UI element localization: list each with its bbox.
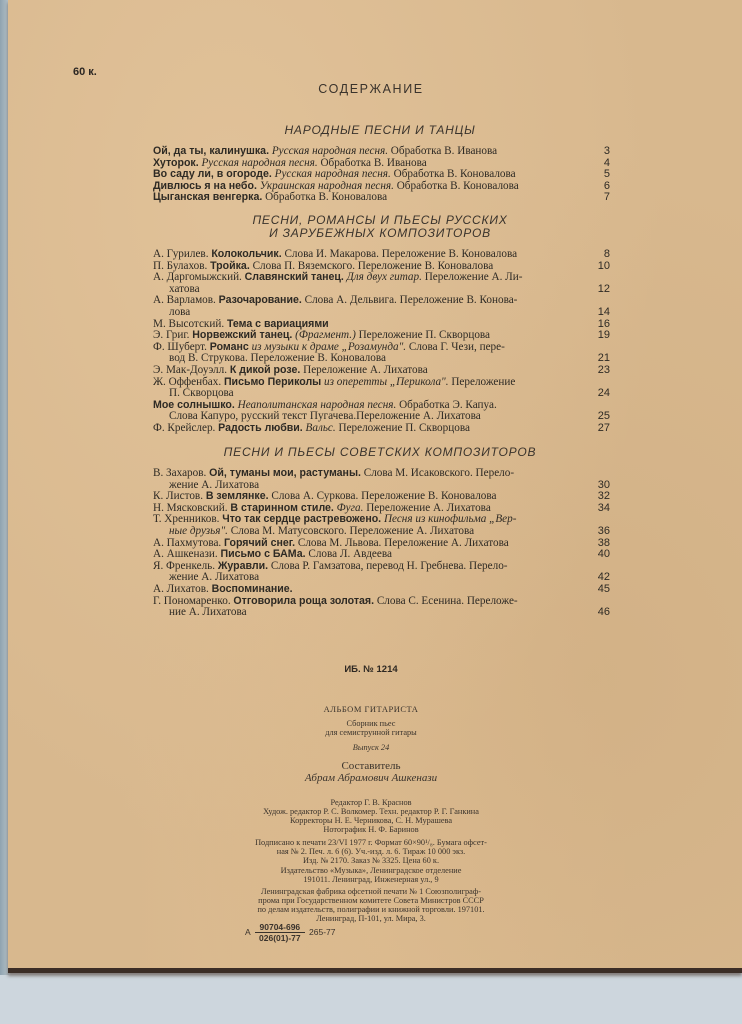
entry-page-number: 24 <box>588 388 610 400</box>
print-details-line-3: Изд. № 2170. Заказ № 3325. Цена 60 к. <box>0 856 742 866</box>
section-heading-folk: НАРОДНЫЕ ПЕСНИ И ТАНЦЫ <box>0 124 742 137</box>
entry-author: А. Пахмутова. <box>153 537 221 549</box>
entry-title: Романс <box>210 341 249 353</box>
entry-author: К. Листов. <box>153 490 203 502</box>
entry-title: Колокольчик. <box>211 248 281 260</box>
catalog-fraction: 90704-696 026(01)-77 <box>255 922 305 943</box>
compiler-name: Абрам Абрамович Ашкенази <box>0 772 742 784</box>
entry-author: А. Варламов. <box>153 294 216 306</box>
entry-credits: Слова М. Львова. Переложение А. Лихатова <box>298 537 509 549</box>
catalog-prefix: А <box>245 927 251 937</box>
book-title: АЛЬБОМ ГИТАРИСТА <box>0 705 742 715</box>
price-label: 60 к. <box>73 66 97 78</box>
entry-title: Норвежский танец. <box>192 329 292 341</box>
catalog-code: А 90704-696 026(01)-77 265-77 <box>245 922 335 943</box>
entry-author: А. Гурилев. <box>153 248 209 260</box>
toc-section-soviet: В. Захаров. Ой, туманы мои, растуманы. С… <box>153 468 610 619</box>
entry-subtitle: Украинская народная песня. <box>260 180 394 192</box>
toc-entry: Ж. Оффенбах. Письмо Периколы из оперетты… <box>153 377 610 400</box>
entry-page-number: 40 <box>588 549 610 561</box>
entry-title: Что так сердце растревожено. <box>222 513 381 525</box>
entry-credits: Слова И. Макарова. Переложение В. Конова… <box>284 248 517 260</box>
printer-line-4: Ленинград, П-101, ул. Мира, 3. <box>0 914 742 924</box>
toc-entry: Т. Хренников. Что так сердце растревожен… <box>153 514 610 537</box>
page-title: СОДЕРЖАНИЕ <box>0 82 742 96</box>
toc-entry: Г. Пономаренко. Отговорила роща золотая.… <box>153 596 610 619</box>
entry-title: Ой, туманы мои, растуманы. <box>209 467 361 479</box>
entry-author: Ф. Шуберт. <box>153 341 207 353</box>
entry-title: Воспоминание. <box>212 583 293 595</box>
catalog-denominator: 026(01)-77 <box>255 933 305 943</box>
entry-continuation-italic: ные друзья". <box>169 525 228 537</box>
entry-title: Цыганская венгерка. <box>153 191 262 203</box>
entry-title: В землянке. <box>206 490 269 502</box>
entry-page-number: 36 <box>588 526 610 538</box>
toc-entry: Ф. Шуберт. Романс из музыки к драме „Роз… <box>153 342 610 365</box>
entry-credits: Обработка В. Иванова <box>391 145 497 157</box>
entry-subtitle: (Фрагмент.) <box>295 329 356 341</box>
entry-page-number: 27 <box>588 423 610 435</box>
entry-page-number: 7 <box>588 192 610 204</box>
entry-credits: Переложение П. Скворцова <box>338 422 469 434</box>
entry-page-number: 10 <box>588 261 610 273</box>
entry-subtitle: Русская народная песня. <box>272 145 388 157</box>
entry-author: Я. Френкель. <box>153 560 215 572</box>
entry-subtitle: Фуга. <box>337 502 364 514</box>
entry-title: К дикой розе. <box>230 364 301 376</box>
entry-subtitle: Для двух гитар. <box>347 271 422 283</box>
entry-credits: Переложение А. Ли- <box>425 271 523 283</box>
entry-continuation-text: Слова М. Матусовского. Переложение А. Ли… <box>231 525 474 537</box>
entry-title: Журавли. <box>218 560 268 572</box>
entry-title: Во саду ли, в огороде. <box>153 168 272 180</box>
entry-author: Н. Мясковский. <box>153 502 228 514</box>
entry-credits: Слова Л. Авдеева <box>308 548 392 560</box>
entry-continuation-text: ние А. Лихатова <box>169 606 247 618</box>
entry-page-number: 12 <box>588 284 610 296</box>
toc-section-russian-foreign: А. Гурилев. Колокольчик. Слова И. Макаро… <box>153 249 610 435</box>
toc-entry: А. Даргомыжский. Славянский танец. Для д… <box>153 272 610 295</box>
entry-subtitle: Вальс. <box>306 422 336 434</box>
entry-credits: Переложение А. Лихатова <box>303 364 428 376</box>
publisher-line-2: 191011. Ленинград, Инженерная ул., 9 <box>0 875 742 885</box>
entry-credits: Переложение А. Лихатова <box>366 502 491 514</box>
entry-continuation-text: жение А. Лихатова <box>169 479 259 491</box>
entry-page-number: 3 <box>588 146 610 158</box>
entry-title: Письмо с БАМа. <box>220 548 305 560</box>
entry-title: Отговорила роща золотая. <box>233 595 374 607</box>
entry-author: Г. Пономаренко. <box>153 595 231 607</box>
entry-page-number: 46 <box>588 607 610 619</box>
entry-subtitle: Песня из кинофильма „Вер- <box>384 513 517 525</box>
entry-credits: Слова Р. Гамзатова, перевод Н. Гребнева.… <box>271 560 508 572</box>
entry-title: Дивлюсь я на небо. <box>153 180 257 192</box>
entry-continuation-text: Слова Капуро, русский текст Пугачева.Пер… <box>169 410 481 422</box>
entry-title: Радость любви. <box>218 422 303 434</box>
entry-subtitle: Неаполитанская народная песня. <box>238 399 397 411</box>
entry-continuation-text: вод В. Струкова. Переложение В. Коновало… <box>169 352 386 364</box>
entry-page-number: 19 <box>588 330 610 342</box>
entry-page-number: 45 <box>588 584 610 596</box>
entry-author: А. Лихатов. <box>153 583 209 595</box>
ib-number: ИБ. № 1214 <box>0 664 742 675</box>
entry-title: Славянский танец. <box>245 271 344 283</box>
toc-entry: А. Варламов. Разочарование. Слова А. Дел… <box>153 295 610 318</box>
entry-page-number: 8 <box>588 249 610 261</box>
entry-author: Э. Мак-Доуэлл. <box>153 364 227 376</box>
entry-continuation: ние А. Лихатова <box>153 607 586 619</box>
catalog-numerator: 90704-696 <box>255 922 305 933</box>
entry-credits: Слова Г. Чези, пере- <box>409 341 505 353</box>
toc-entry: Я. Френкель. Журавли. Слова Р. Гамзатова… <box>153 561 610 584</box>
scan-background-bottom <box>0 975 742 1024</box>
entry-credits: Обработка Э. Капуа. <box>399 399 497 411</box>
entry-title: Письмо Периколы <box>224 376 321 388</box>
entry-credits: Переложение П. Скворцова <box>359 329 490 341</box>
entry-author: А. Даргомыжский. <box>153 271 242 283</box>
entry-credits: Слова А. Суркова. Переложение В. Коновал… <box>271 490 496 502</box>
entry-credits: Слова М. Исаковского. Перело- <box>364 467 514 479</box>
entry-title: Тройка. <box>210 260 250 272</box>
section-heading-soviet: ПЕСНИ И ПЬЕСЫ СОВЕТСКИХ КОМПОЗИТОРОВ <box>0 446 742 459</box>
entry-subtitle: Русская народная песня. <box>275 168 391 180</box>
entry-author: В. Захаров. <box>153 467 206 479</box>
entry-page-number: 23 <box>588 365 610 377</box>
entry-page-number: 34 <box>588 503 610 515</box>
toc-entry: Ф. Крейслер. Радость любви. Вальс. Перел… <box>153 423 610 435</box>
entry-author: П. Булахов. <box>153 260 207 272</box>
entry-credits: Переложение <box>451 376 515 388</box>
entry-author: Э. Григ. <box>153 329 189 341</box>
entry-continuation-text: хатова <box>169 283 200 295</box>
entry-subtitle: из музыки к драме „Розамунда". <box>252 341 407 353</box>
toc-entry: В. Захаров. Ой, туманы мои, растуманы. С… <box>153 468 610 491</box>
toc-entry: Цыганская венгерка. Обработка В. Коновал… <box>153 192 610 204</box>
catalog-suffix: 265-77 <box>309 927 335 937</box>
entry-title: Горячий снег. <box>224 537 295 549</box>
entry-author: Ж. Оффенбах. <box>153 376 221 388</box>
toc-section-folk: Ой, да ты, калинушка. Русская народная п… <box>153 146 610 204</box>
entry-credits: Обработка В. Коновалова <box>394 168 516 180</box>
toc-entry: Мое солнышко. Неаполитанская народная пе… <box>153 400 610 423</box>
entry-subtitle: Русская народная песня. <box>201 157 317 169</box>
entry-title: Хуторок. <box>153 157 199 169</box>
entry-title: Мое солнышко. <box>153 399 235 411</box>
entry-author: Ф. Крейслер. <box>153 422 215 434</box>
entry-continuation-text: П. Скворцова <box>169 387 234 399</box>
book-subtitle-2: для семиструнной гитары <box>0 728 742 738</box>
entry-title: Разочарование. <box>219 294 302 306</box>
entry-credits: Слова А. Дельвига. Переложение В. Конова… <box>305 294 518 306</box>
compiler-label: Составитель <box>0 760 742 772</box>
entry-credits: Слова С. Есенина. Переложе- <box>377 595 518 607</box>
entry-page-number: 14 <box>588 307 610 319</box>
issue-number: Выпуск 24 <box>0 743 742 753</box>
entry-title: В старинном стиле. <box>230 502 333 514</box>
entry-title: Ой, да ты, калинушка. <box>153 145 269 157</box>
entry-author: А. Ашкенази. <box>153 548 218 560</box>
section-heading-russian-foreign: ПЕСНИ, РОМАНСЫ И ПЬЕСЫ РУССКИХ И ЗАРУБЕЖ… <box>0 214 742 240</box>
entry-credits: Обработка В. Иванова <box>320 157 426 169</box>
entry-continuation-text: жение А. Лихатова <box>169 571 259 583</box>
entry-credits: Обработка В. Коновалова <box>265 191 387 203</box>
entry-continuation-text: лова <box>169 306 190 318</box>
entry-author: Т. Хренников. <box>153 513 219 525</box>
entry-subtitle: из оперетты „Перикола". <box>324 376 449 388</box>
entry-author: М. Высотский. <box>153 318 224 330</box>
entry-title: Тема с вариациями <box>227 318 329 330</box>
entry-credits: Слова П. Вяземского. Переложение В. Коно… <box>253 260 494 272</box>
music-engraver-line: Нотографик Н. Ф. Баринов <box>0 825 742 835</box>
entry-credits: Обработка В. Коновалова <box>397 180 519 192</box>
